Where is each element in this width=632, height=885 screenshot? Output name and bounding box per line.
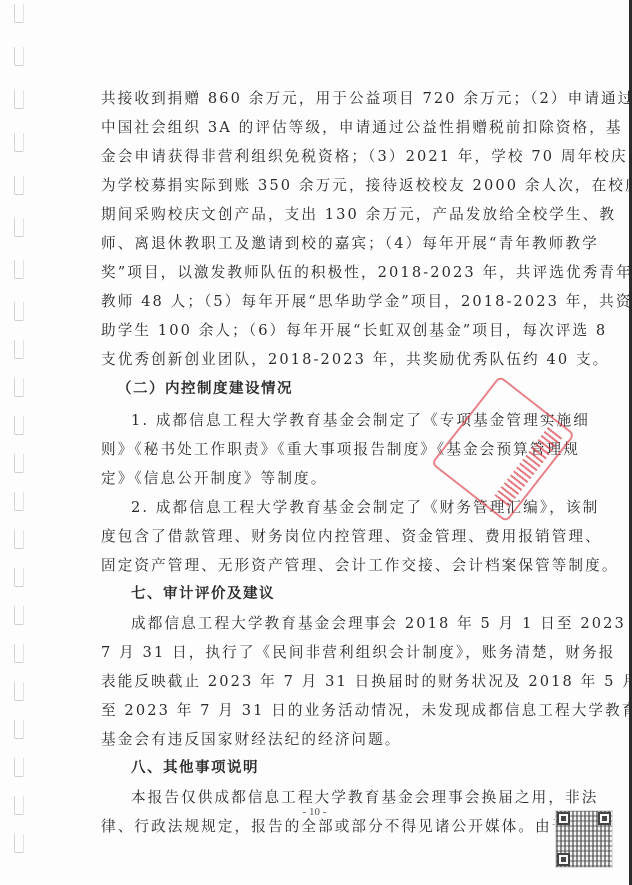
text-line: 2. 成都信息工程大学教育基金会制定了《财务管理汇编》，该制 [101,493,521,522]
binding-mark [14,302,24,321]
qr-code [555,810,613,868]
text-line: 基金会有违反国家财经法纪的经济问题。 [101,725,521,754]
binding-mark [14,133,24,152]
text-line: 固定资产管理、无形资产管理、会计工作交接、会计档案保管等制度。 [101,551,521,580]
binding-mark [14,720,24,739]
text-line: 师、离退休教职工及邀请到校的嘉宾；（4）每年开展“青年教师教学 [101,229,521,258]
paragraph-internal-rules-2: 2. 成都信息工程大学教育基金会制定了《财务管理汇编》，该制 度包含了借款管理、… [101,493,521,580]
binding-mark [14,644,24,663]
paragraph-achievements: 共接收到捐赠 860 余万元，用于公益项目 720 余万元；（2）申请通过 中国… [101,84,521,374]
binding-mark [14,260,24,279]
binding-mark [14,568,24,587]
text-line: 至 2023 年 7 月 31 日的业务活动情况，未发现成都信息工程大学教育 [101,696,521,725]
binding-mark [14,758,24,777]
binding-mark [14,4,24,23]
binding-mark [14,176,24,195]
section-heading-audit-evaluation: 七、审计评价及建议 [101,580,521,609]
text-line: 为学校募捐实际到账 350 余万元，接待返校校友 2000 余人次，在校庆 [101,171,521,200]
binding-mark [14,454,24,473]
text-line: 助学生 100 余人；（6）每年开展“长虹双创基金”项目，每次评选 8 [101,316,521,345]
qr-finder-pattern [557,853,570,866]
text-line: 中国社会组织 3A 的评估等级，申请通过公益性捐赠税前扣除资格，基 [101,113,521,142]
text-line: 支优秀创新创业团队，2018-2023 年，共奖励优秀队伍约 40 支。 [101,345,521,374]
binding-mark [14,834,24,853]
binding-mark [14,416,24,435]
section-heading-internal-control: （二）内控制度建设情况 [101,375,521,404]
page-number: - 10 - [0,806,629,818]
text-line: 度包含了借款管理、财务岗位内控管理、资金管理、费用报销管理、 [101,522,521,551]
binding-mark [14,90,24,109]
binding-mark [14,492,24,511]
qr-finder-pattern [557,812,570,825]
document-page: 共接收到捐赠 860 余万元，用于公益项目 720 余万元；（2）申请通过 中国… [0,0,629,885]
text-line: 共接收到捐赠 860 余万元，用于公益项目 720 余万元；（2）申请通过 [101,84,521,113]
binding-mark [14,340,24,359]
binding-marks [14,0,28,885]
binding-mark [14,682,24,701]
text-line: 教师 48 人；（5）每年开展“思华助学金”项目，2018-2023 年，共资 [101,287,521,316]
text-line: 期间采购校庆文创产品，支出 130 余万元，产品发放给全校学生、教 [101,200,521,229]
binding-mark [14,378,24,397]
binding-mark [14,606,24,625]
qr-finder-pattern [598,812,611,825]
text-line: 表能反映截止 2023 年 7 月 31 日换届时的财务状况及 2018 年 5… [101,667,521,696]
text-line: 成都信息工程大学教育基金会理事会 2018 年 5 月 1 日至 2023 年 [101,609,521,638]
text-line: 7 月 31 日，执行了《民间非营利组织会计制度》，账务清楚，财务报 [101,638,521,667]
binding-mark [14,218,24,237]
binding-mark [14,530,24,549]
text-line: 奖”项目，以激发教师队伍的积极性，2018-2023 年，共评选优秀青年 [101,258,521,287]
paragraph-audit-evaluation: 成都信息工程大学教育基金会理事会 2018 年 5 月 1 日至 2023 年 … [101,609,521,754]
binding-mark [14,47,24,66]
section-heading-other-matters: 八、其他事项说明 [101,754,521,783]
text-line: 金会申请获得非营利组织免税资格；（3）2021 年，学校 70 周年校庆， [101,142,521,171]
